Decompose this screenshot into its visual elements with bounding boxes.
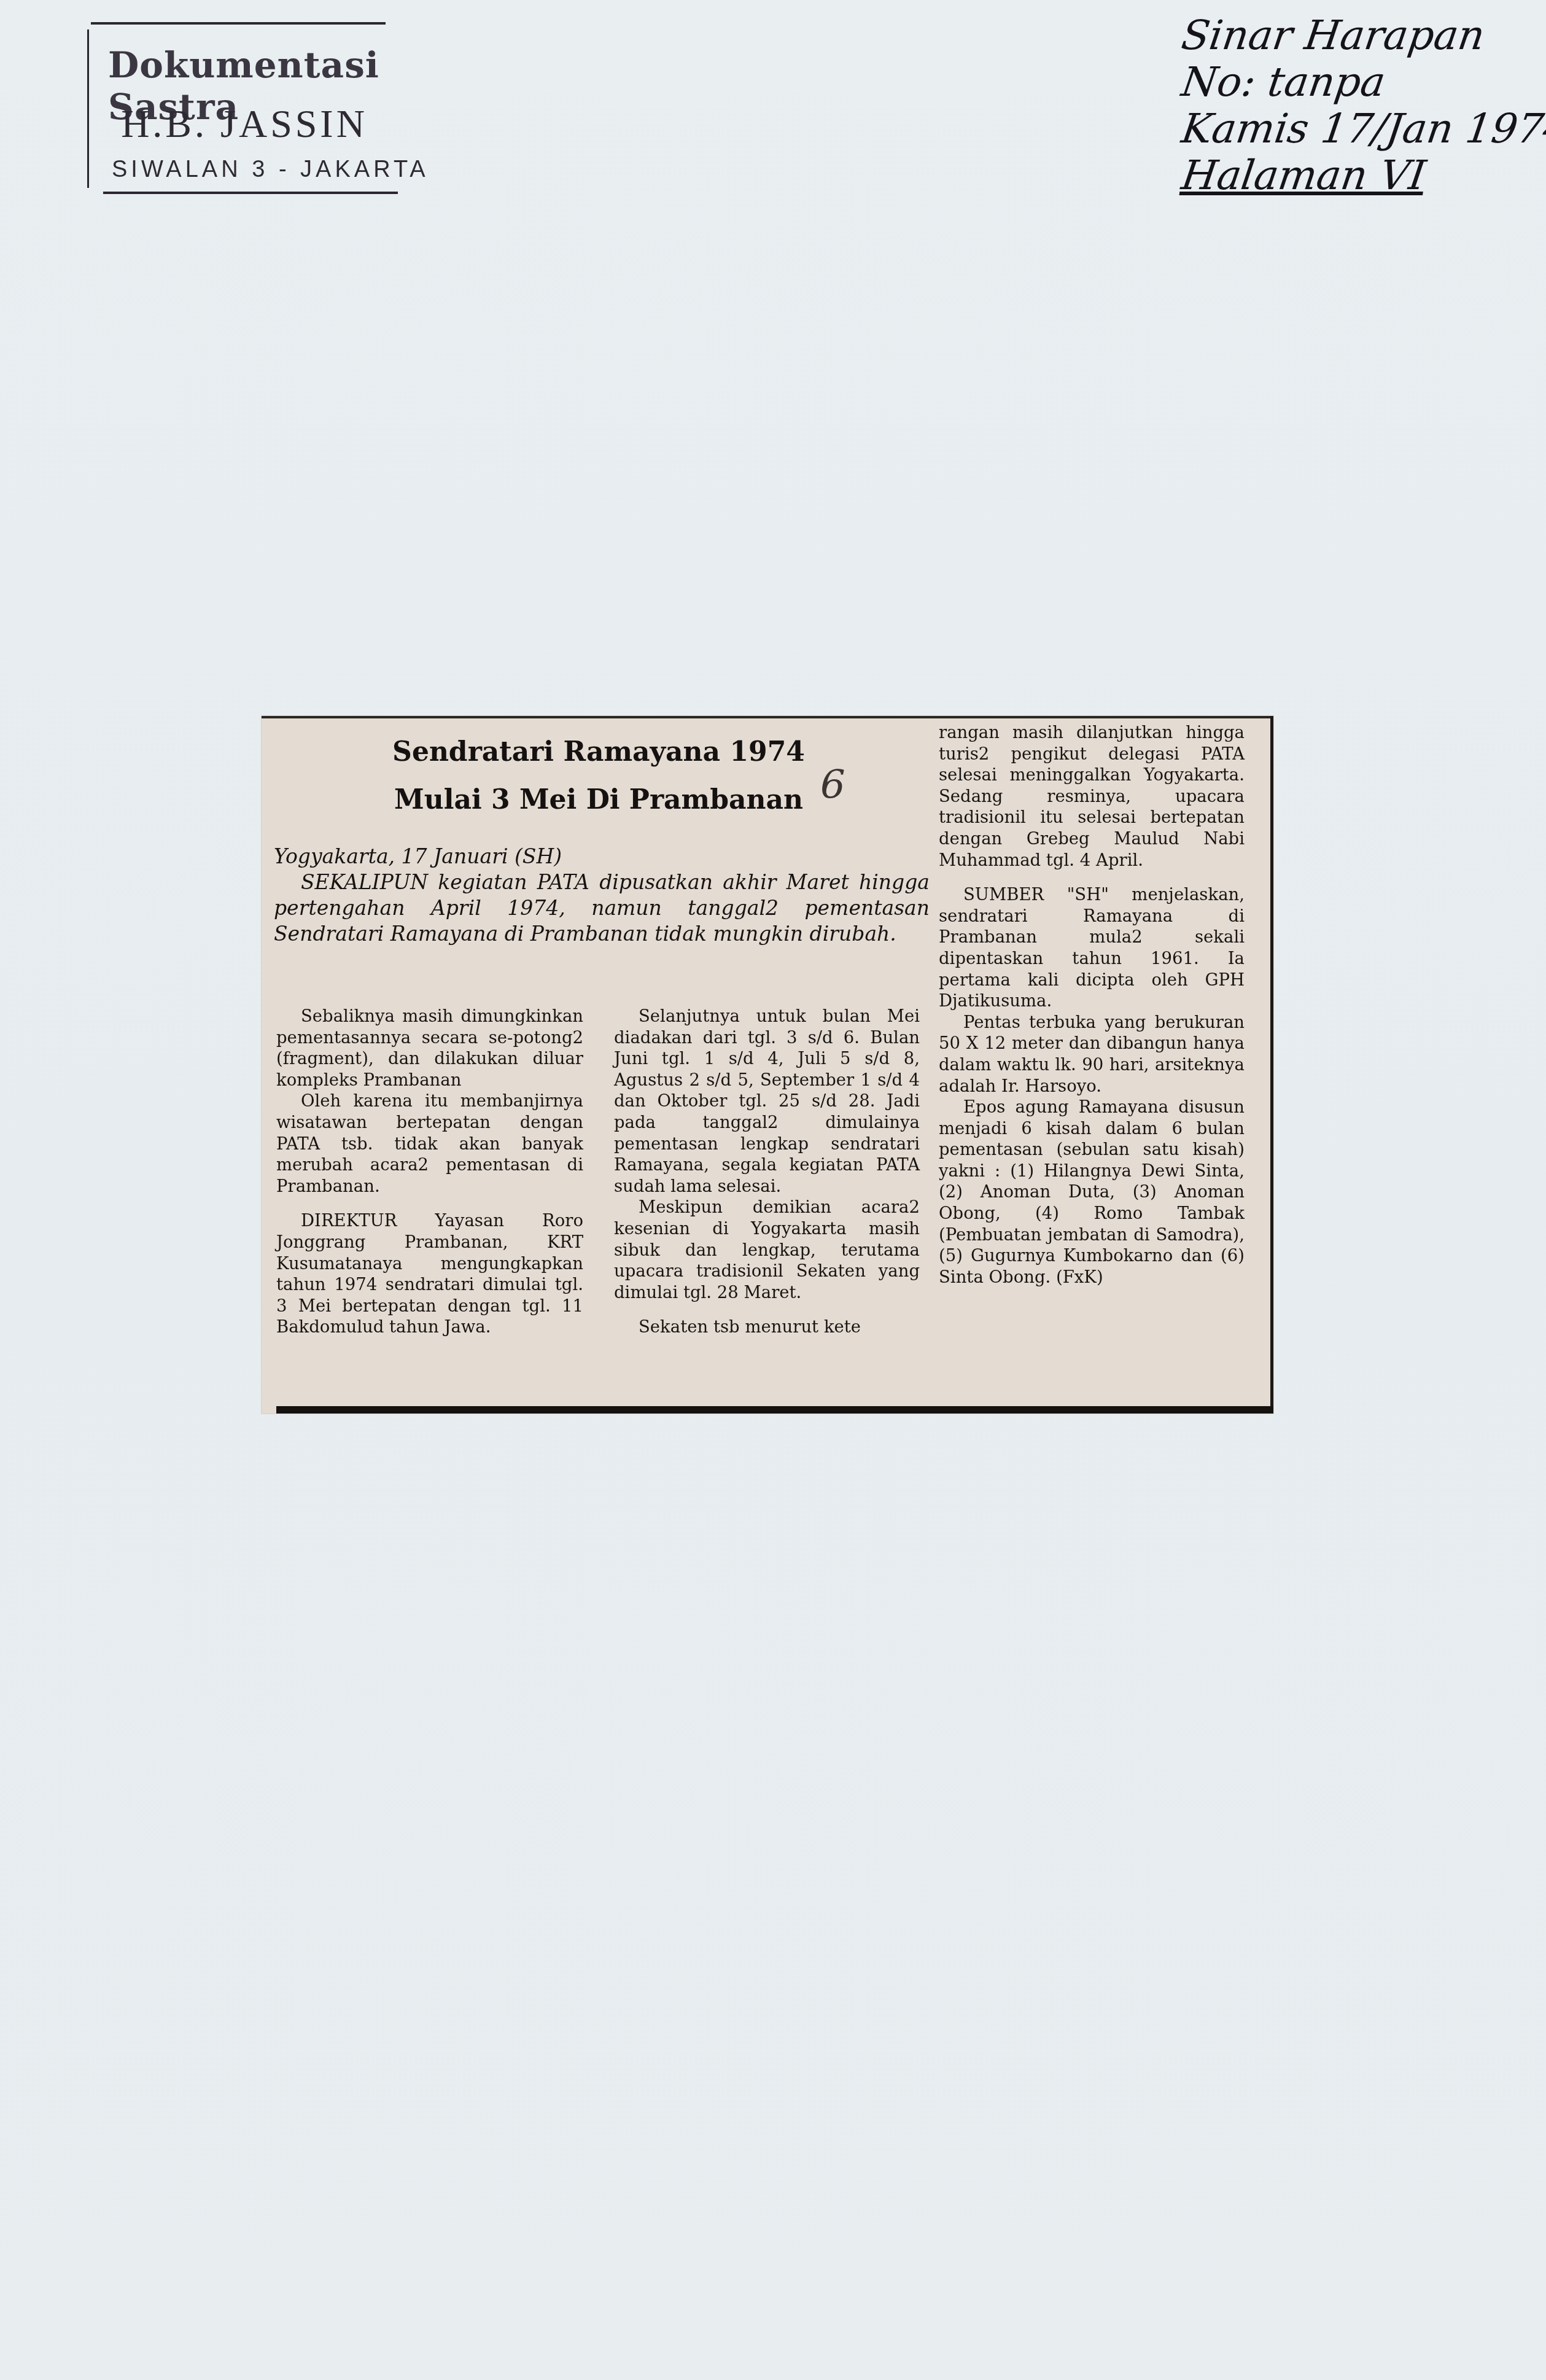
clipping-bottom-rule <box>276 1406 1273 1414</box>
handwritten-number: No: tanpa <box>1179 59 1529 106</box>
paragraph: Oleh karena itu membanjirnya wisatawan b… <box>276 1091 583 1197</box>
handwritten-date: Kamis 17/Jan 1974 <box>1179 106 1529 152</box>
lead-paragraph: SEKALIPUN kegiatan PATA dipusatkan akhir… <box>274 869 930 947</box>
paragraph: SUMBER "SH" menjelaskan, sendratari Rama… <box>939 884 1245 1012</box>
newspaper-clipping: Sendratari Ramayana 1974 Mulai 3 Mei Di … <box>262 716 1273 1414</box>
paragraph: Pentas terbuka yang berukuran 50 X 12 me… <box>939 1012 1245 1097</box>
handwritten-margin-mark: 6 <box>820 763 845 808</box>
paragraph: rangan masih dilanjutkan hingga turis2 p… <box>939 722 1245 871</box>
handwritten-source-note: Sinar Harapan No: tanpa Kamis 17/Jan 197… <box>1182 12 1526 199</box>
paragraph: Meskipun demikian acara2 kesenian di Yog… <box>614 1197 920 1303</box>
stamp-name: H.B. JASSIN <box>85 101 404 147</box>
dateline: Yogyakarta, 17 Januari (SH) <box>274 844 930 869</box>
stamp-rule-top <box>91 22 386 25</box>
article-column-2: Selanjutnya untuk bulan Mei diadakan dar… <box>614 1006 920 1338</box>
paragraph: Epos agung Ramayana disusun menjadi 6 ki… <box>939 1097 1245 1288</box>
article-column-1: Sebaliknya masih dimungkinkan pementasan… <box>276 1006 583 1338</box>
paragraph: DIREKTUR Yayasan Roro Jonggrang Prambana… <box>276 1210 583 1338</box>
archive-sheet: Dokumentasi Sastra H.B. JASSIN SIWALAN 3… <box>0 0 1546 2380</box>
clipping-right-rule <box>1270 716 1273 1414</box>
archive-stamp: Dokumentasi Sastra H.B. JASSIN SIWALAN 3… <box>85 18 459 190</box>
handwritten-page: Halaman VI <box>1179 152 1529 199</box>
handwritten-newspaper: Sinar Harapan <box>1179 12 1529 59</box>
article-column-3: rangan masih dilanjutkan hingga turis2 p… <box>939 722 1245 1288</box>
article-lead: Yogyakarta, 17 Januari (SH) SEKALIPUN ke… <box>274 844 930 947</box>
clipping-top-rule <box>262 716 1273 718</box>
paragraph: Sekaten tsb menurut kete <box>614 1316 920 1338</box>
paragraph: Selanjutnya untuk bulan Mei diadakan dar… <box>614 1006 920 1197</box>
stamp-address: SIWALAN 3 - JAKARTA <box>112 157 429 183</box>
paragraph: Sebaliknya masih dimungkinkan pementasan… <box>276 1006 583 1091</box>
stamp-rule-bottom <box>103 192 398 194</box>
